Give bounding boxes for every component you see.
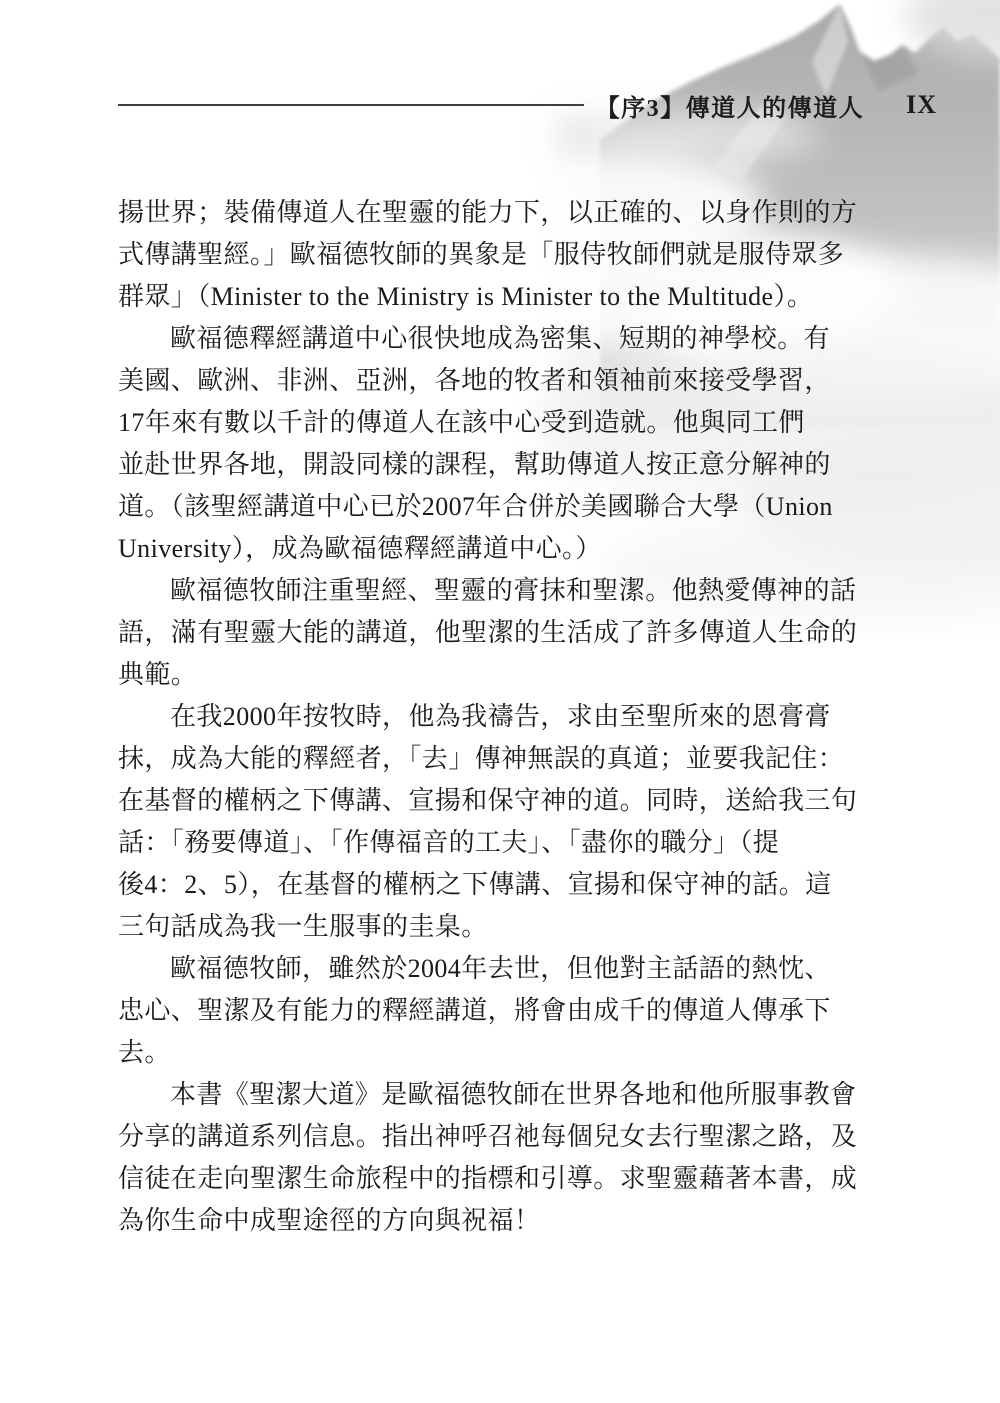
body-paragraph: 歐福德牧師注重聖經、聖靈的膏抹和聖潔。他熱愛傳神的話 語，滿有聖靈大能的講道，他… bbox=[118, 570, 918, 696]
corner-haze bbox=[905, 0, 1000, 60]
book-page: 【序3】傳道人的傳道人 IX 揚世界；裝備傳道人在聖靈的能力下，以正確的、以身作… bbox=[0, 0, 1000, 1403]
page-header: 【序3】傳道人的傳道人 IX bbox=[118, 90, 937, 120]
body-paragraph: 歐福德釋經講道中心很快地成為密集、短期的神學校。有 美國、歐洲、非洲、亞洲，各地… bbox=[118, 318, 918, 570]
chapter-title: 【序3】傳道人的傳道人 bbox=[596, 88, 865, 123]
mountain-ridge-shadow bbox=[840, 4, 918, 92]
body-paragraph: 歐福德牧師，雖然於2004年去世，但他對主話語的熱忱、 忠心、聖潔及有能力的釋經… bbox=[118, 948, 918, 1074]
body-paragraph: 揚世界；裝備傳道人在聖靈的能力下，以正確的、以身作則的方 式傳講聖經。」歐福德牧… bbox=[118, 192, 918, 318]
mountain-highlight bbox=[812, 4, 848, 96]
body-paragraph: 在我2000年按牧時，他為我禱告，求由至聖所來的恩膏膏 抹，成為大能的釋經者，「… bbox=[118, 696, 918, 948]
page-number: IX bbox=[906, 90, 937, 120]
body-text: 揚世界；裝備傳道人在聖靈的能力下，以正確的、以身作則的方 式傳講聖經。」歐福德牧… bbox=[118, 192, 918, 1242]
body-paragraph: 本書《聖潔大道》是歐福德牧師在世界各地和他所服事教會 分享的講道系列信息。指出神… bbox=[118, 1074, 918, 1242]
header-rule-divider bbox=[118, 104, 584, 106]
